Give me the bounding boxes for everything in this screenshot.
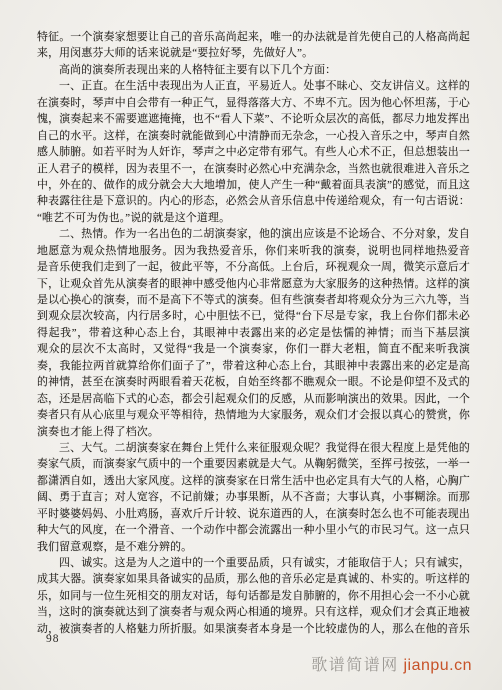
text-line: 奏者只有从心底里与观众平等相待，热情地为大家服务，观众们才会报以真心的赞赏，你的 <box>37 407 470 423</box>
text-line: 动，被演奏者的人格魅力所折服。如果演奏者本身是一个比较虚伪的人，那么在他的音乐中 <box>37 621 470 637</box>
text-line: 观众的层次不太高时，又觉得“我是一个演奏家，你们一群大老粗，简直不配来听我演 <box>37 341 470 357</box>
text-line: 特征。一个演奏家想要让自己的音乐高尚起来，唯一的办法就是首先使自己的人格高尚起 <box>37 29 470 45</box>
text-line: 来，用闵惠芬大师的话来说就是“要拉好琴，先做好人”。 <box>37 45 470 61</box>
text-line: 一、正直。在生活中表现出为人正直，平易近人。处事不昧心、交友讲信义。这样的人 <box>37 78 470 94</box>
text-line: 演奏也才能上得了档次。 <box>37 424 470 440</box>
text-line: 在演奏时，琴声中自会带有一种正气，显得落落大方、不卑不亢。因为他心怀坦荡，于心无 <box>37 95 470 111</box>
text-line: 二、热情。作为一名出色的二胡演奏家，他的演出应该是不论场合、不分对象，发自内心 <box>37 226 470 242</box>
text-line: 是以心换心的演奏，而不是高下不等式的演奏。但有些演奏者却将观众分为三六九等，当遇 <box>37 292 470 308</box>
text-line: 乐，如同与一位生死相交的朋友对话，每句话都是发自肺腑的，你不用担心会一不小心就上 <box>37 588 470 604</box>
text-line: “唯艺不可为伪也。”说的就是这个道理。 <box>37 210 470 226</box>
text-line: 自己的水平。这样，在演奏时就能做到心中清静而无杂念，一心投入音乐之中，琴声自然能 <box>37 128 470 144</box>
text-column: 特征。一个演奏家想要让自己的音乐高尚起来，唯一的办法就是首先使自己的人格高尚起来… <box>37 29 470 637</box>
text-line: 态，还是居高临下式的心态，都会引起观众们的反感，从而影响演出的效果。因此，一个演 <box>37 391 470 407</box>
text-line: 到观众层次较高，内行居多时，心中胆怯不已，觉得“台下尽是专家，我上台你们都未必看 <box>37 308 470 324</box>
text-line: 得起我”，带着这种心态上台，其眼神中表露出来的必定是怯懦的神情；而当下基层演出、 <box>37 325 470 341</box>
text-line: 高尚的演奏所表现出来的人格特征主要有以下几个方面： <box>37 62 470 78</box>
text-line: 中，外在的、做作的成分就会大大地增加，使人产生一种“戴着面具表演”的感觉，而且这 <box>37 177 470 193</box>
text-line: 种表露往往是下意识的。内心的形态，必然会从音乐信息中传递给观众，有一句古语说： <box>37 193 470 209</box>
text-line: 感人肺腑。如若平时为人奸诈，琴声之中必定带有邪气。有些人心术不正，但总想装出一副 <box>37 144 470 160</box>
text-line: 种大气的风度，在一个滑音、一个动作中都会流露出一种小里小气的市民习气。这一点只需 <box>37 522 470 538</box>
text-line: 平时婆婆妈妈、小肚鸡肠，喜欢斤斤计较、说东道西的人，在演奏时怎么也不可能表现出那 <box>37 506 470 522</box>
text-line: 当，这时的演奏就达到了演奏者与观众两心相通的境界。只有这样，观众们才会真正地被感 <box>37 604 470 620</box>
text-line: 四、诚实。这是为人之道中的一个重要品质，只有诚实，才能取信于人；只有诚实，才能 <box>37 555 470 571</box>
text-line: 成其大器。演奏家如果具备诚实的品质，那么他的音乐必定是真诚的、朴实的。听这样的音 <box>37 571 470 587</box>
text-line: 三、大气。二胡演奏家在舞台上凭什么来征服观众呢？我觉得在很大程度上是凭他的演 <box>37 440 470 456</box>
text-line: 我们留意观察，是不难分辨的。 <box>37 539 470 555</box>
text-line: 奏家气质，而演奏家气质中的一个重要因素就是大气。从鞠躬微笑，至挥弓按弦，一举一动 <box>37 456 470 472</box>
watermark-site-name: 歌谱简谱网 <box>311 657 399 674</box>
text-line: 地愿意为观众热情地服务。因为我热爱音乐，你们来听我的演奏，说明也同样地热爱音乐， <box>37 243 470 259</box>
watermark-site-domain: jianpu.cn <box>403 657 472 674</box>
text-line: 都潇洒自如，透出大家风度。这样的演奏家在日常生活中也必定具有大气的人格，心胸广 <box>37 473 470 489</box>
text-line: 是音乐使我们走到了一起，彼此平等，不分高低。上台后，环视观众一周，微笑示意后才坐 <box>37 259 470 275</box>
text-line: 下，让观众首先从演奏者的眼神中感受他内心非常愿意为大家服务的这种热情。这样的演奏 <box>37 276 470 292</box>
watermark: 歌谱简谱网 jianpu.cn <box>311 652 472 675</box>
text-line: 正人君子的模样，因为表里不一，在演奏时必然心中充满杂念，当然也就很难进入音乐之 <box>37 161 470 177</box>
text-line: 阔、勇于直言；对人宽容，不记前嫌；办事果断，从不吝啬；大事认真，小事糊涂。而那些 <box>37 489 470 505</box>
text-line: 的神情，甚至在演奏时两眼看着天花板，自始至终都不瞧观众一眼。不论是仰望不及式的心 <box>37 374 470 390</box>
page-number: 98 <box>46 633 60 645</box>
text-line: 奏，我能拉两首就算给你们面子了”，带着这种心态上台，其眼神中表露出来的必定是高傲 <box>37 358 470 374</box>
book-page: 特征。一个演奏家想要让自己的音乐高尚起来，唯一的办法就是首先使自己的人格高尚起来… <box>0 0 502 690</box>
text-line: 愧，演奏起来不需要遮遮掩掩，也不“看人下菜”、不论听众层次的高低，都尽力地发挥出 <box>37 111 470 127</box>
